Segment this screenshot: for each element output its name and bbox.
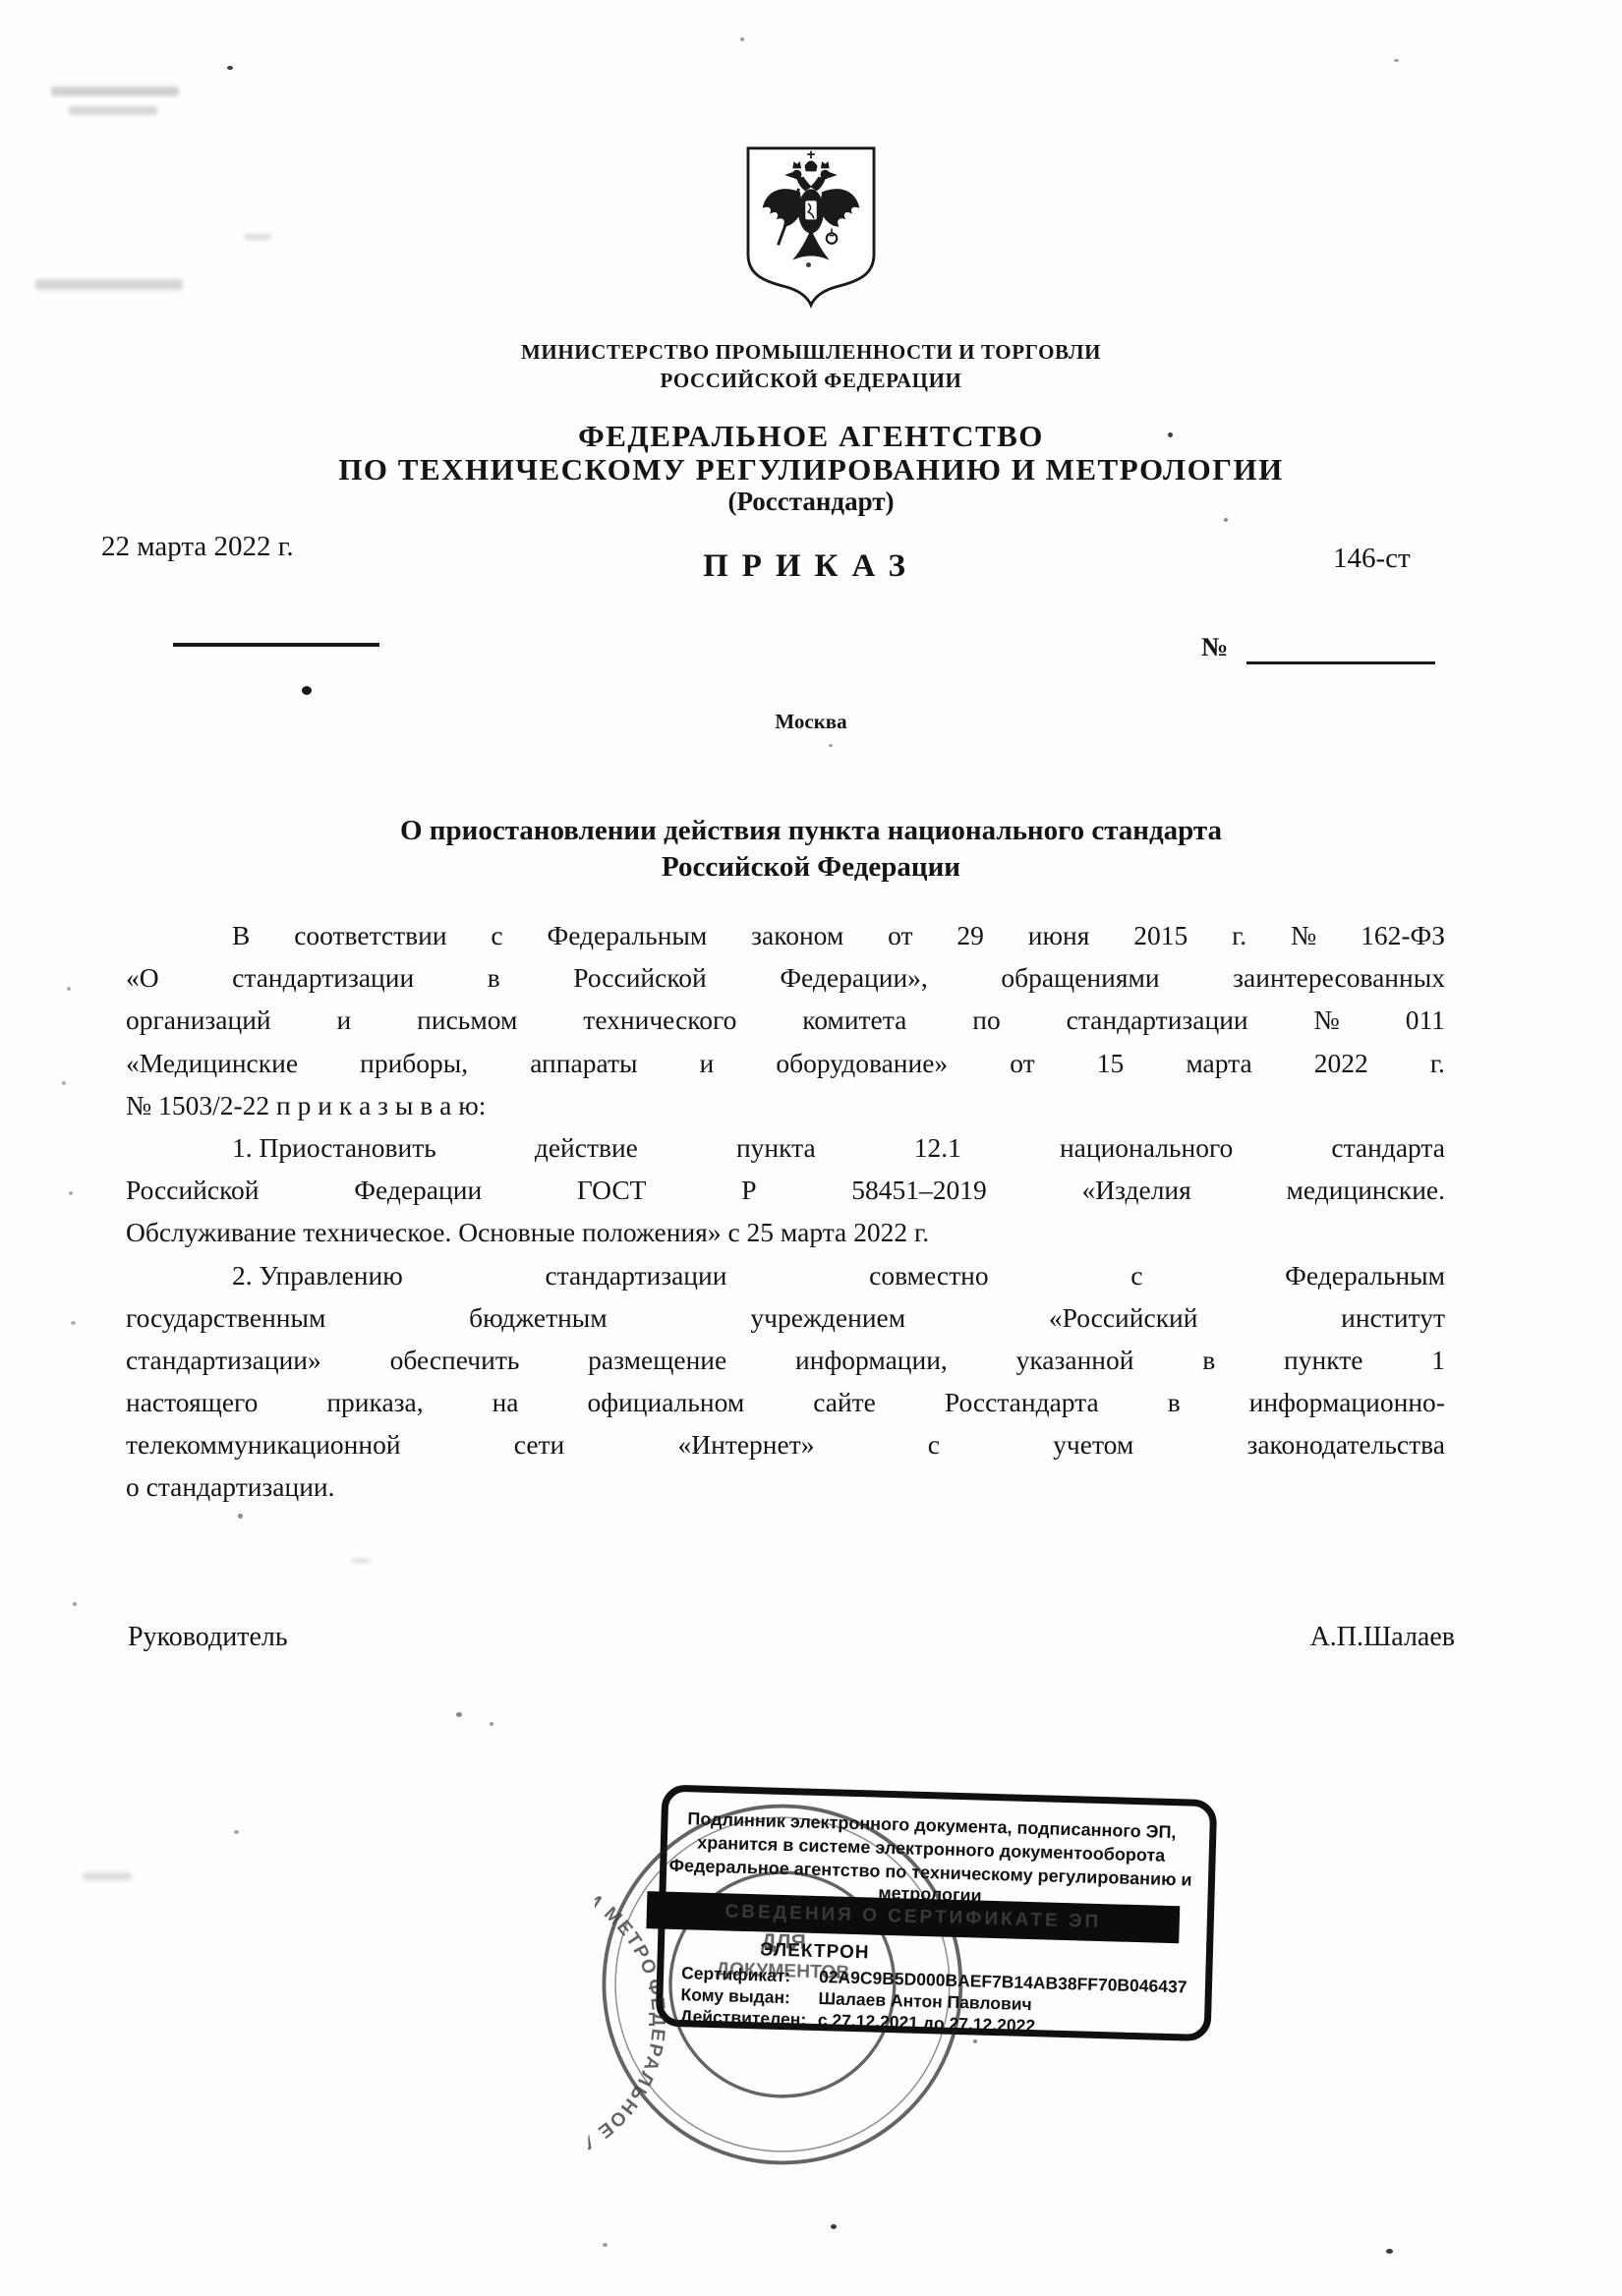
scan-noise [740,37,744,41]
body-line: Обслуживание техническое. Основные полож… [126,1211,1445,1253]
scan-noise [1386,2249,1393,2254]
date-blank-line [173,643,379,647]
digital-signature-stamp: ФЕДЕРАЛЬНОЕ АГЕНТСТВО ПО ТЕХНИЧЕСКОМУ РЕ… [621,1776,1222,2206]
scan-noise [490,1722,493,1726]
scan-noise [1168,432,1173,437]
signer-role: Руководитель [128,1622,288,1653]
scan-noise [806,262,811,267]
body-line: настоящегоприказа,наофициальномсайтеРосс… [126,1381,1445,1423]
scan-noise [51,86,179,96]
agency-name-line1: ФЕДЕРАЛЬНОЕ АГЕНТСТВО [0,419,1622,454]
agency-name-line2: ПО ТЕХНИЧЕСКОМУ РЕГУЛИРОВАНИЮ И МЕТРОЛОГ… [0,452,1622,488]
scan-noise [69,1191,73,1195]
body-text: ВсоответствиисФедеральнымзакономот29июня… [126,914,1445,1509]
scan-noise [83,1872,132,1880]
scan-noise [35,279,183,290]
scan-noise [73,1602,77,1606]
body-line: организацийиписьмомтехническогокомитетап… [126,999,1445,1041]
body-line: 2. УправлениюстандартизациисовместносФед… [126,1254,1445,1296]
scan-noise [244,234,271,240]
scan-noise [62,1081,66,1085]
scan-noise [67,987,71,991]
seal-inner-text1: ДЛЯ [761,1930,806,1954]
body-line: РоссийскойФедерацииГОСТР58451–2019«Издел… [126,1169,1445,1211]
order-number: 146-ст [1333,543,1411,575]
order-title-line2: Российской Федерации [0,849,1622,886]
scan-noise [829,744,833,747]
body-line: «ОстандартизациивРоссийскойФедерации»,об… [126,956,1445,999]
ministry-name-line1: МИНИСТЕРСТВО ПРОМЫШЛЕННОСТИ И ТОРГОВЛИ [0,340,1622,365]
validity-label: Действителен: [680,2005,819,2031]
scan-noise [227,66,233,70]
body-line: телекоммуникационнойсети«Интернет»сучето… [126,1423,1445,1465]
agency-short-name: (Росстандарт) [0,487,1622,517]
ministry-name-line2: РОССИЙСКОЙ ФЕДЕРАЦИИ [0,369,1622,393]
number-blank-line [1246,661,1435,664]
scan-noise [302,686,312,695]
signer-name: А.П.Шалаев [1310,1622,1455,1653]
body-line: о стандартизации. [126,1465,1445,1508]
scan-noise [831,2224,837,2229]
scan-noise [238,1514,243,1519]
coat-of-arms-icon [739,143,883,313]
scanned-order-document: МИНИСТЕРСТВО ПРОМЫШЛЕННОСТИ И ТОРГОВЛИ Р… [0,0,1622,2296]
body-line: № 1503/2-22 п р и к а з ы в а ю: [126,1084,1445,1126]
body-line: государственнымбюджетнымучреждением«Росс… [126,1296,1445,1339]
scan-noise [973,2039,977,2043]
body-line: «Медицинскиеприборы,аппаратыиоборудовани… [126,1042,1445,1084]
number-sign: № [1201,632,1228,662]
scan-noise [69,106,157,115]
body-line: 1. Приостановитьдействиепункта12.1национ… [126,1126,1445,1169]
body-line: ВсоответствиисФедеральнымзакономот29июня… [126,914,1445,956]
scan-noise [71,1321,76,1325]
scan-noise [456,1712,462,1717]
order-title-line1: О приостановлении действия пункта национ… [0,813,1622,849]
scan-noise [1394,59,1399,62]
body-line: стандартизации»обеспечитьразмещениеинфор… [126,1339,1445,1381]
scan-noise [1224,518,1228,522]
scan-noise [352,1559,370,1563]
scan-noise [603,2243,608,2247]
city-label: Москва [0,710,1622,734]
scan-noise [234,1830,239,1834]
